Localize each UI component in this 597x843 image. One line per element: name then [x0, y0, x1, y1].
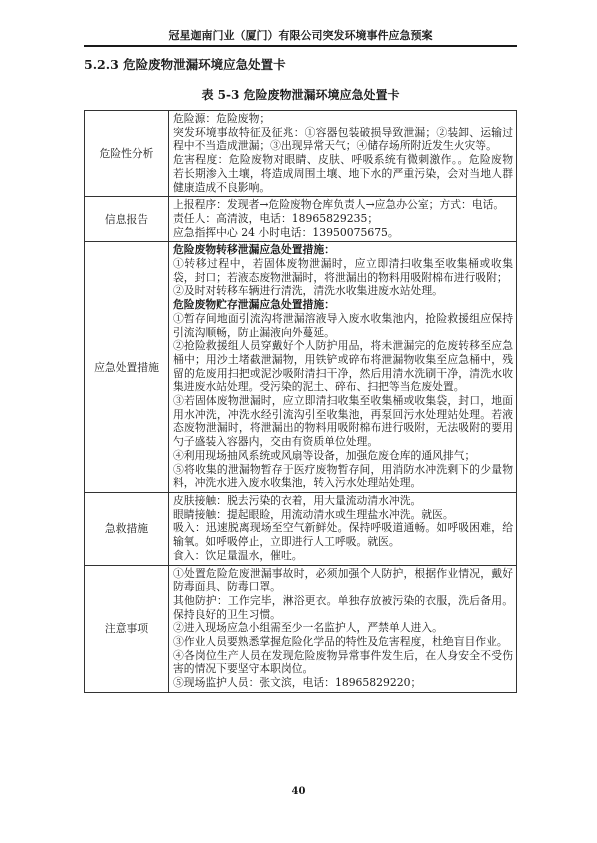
- emergency-card-table-body: 危险性分析危险源：危险废物；突发环境事故特征及征兆：①容器包装破损导致泄漏；②装…: [85, 111, 517, 693]
- paragraph: 危害程度：危险废物对眼睛、皮肤、呼吸系统有微刺激作。。危险废物若长期渗入土壤，将…: [173, 153, 513, 194]
- header-rule: [84, 45, 517, 47]
- table-row: 信息报告上报程序：发现者→危险废物仓库负责人→应急办公室；方式：电话。责任人：高…: [85, 197, 517, 242]
- paragraph: 危险废物贮存泄漏应急处置措施：: [173, 298, 513, 312]
- paragraph: ③作业人员要熟悉掌握危险化学品的特性及危害程度，杜绝盲目作业。: [173, 635, 513, 649]
- row-label: 信息报告: [85, 197, 169, 242]
- paragraph: 其他防护：工作完毕，淋浴更衣。单独存放被污染的衣服，洗后备用。保持良好的卫生习惯…: [173, 594, 513, 621]
- row-label: 应急处置措施: [85, 242, 169, 493]
- row-content: 危险废物转移泄漏应急处置措施：①转移过程中，若固体废物泄漏时，应立即清扫收集至收…: [169, 242, 517, 493]
- paragraph: 应急指挥中心 24 小时电话：13950075675。: [173, 226, 513, 240]
- paragraph: 危险源：危险废物；: [173, 112, 513, 126]
- paragraph: ①处置危险危废泄漏事故时，必须加强个人防护，根据作业情况，戴好防毒面具、防毒口罩…: [173, 567, 513, 594]
- document-page: 冠星迦南门业（厦门）有限公司突发环境事件应急预案 5.2.3 危险废物泄漏环境应…: [0, 0, 597, 843]
- paragraph: ①暂存间地面引流沟将泄漏溶液导入废水收集池内，抢险救援组应保持引流沟顺畅，防止漏…: [173, 312, 513, 339]
- paragraph: 眼睛接触：提起眼睑，用流动清水或生理盐水冲洗。就医。: [173, 508, 513, 522]
- paragraph: ⑤现场监护人员：张文滨，电话：18965829220；: [173, 676, 513, 690]
- paragraph: 食入：饮足量温水，催吐。: [173, 549, 513, 563]
- table-row: 应急处置措施危险废物转移泄漏应急处置措施：①转移过程中，若固体废物泄漏时，应立即…: [85, 242, 517, 493]
- table-row: 注意事项①处置危险危废泄漏事故时，必须加强个人防护，根据作业情况，戴好防毒面具、…: [85, 565, 517, 692]
- page-number: 40: [0, 786, 597, 797]
- paragraph: 吸入：迅速脱离现场至空气新鲜处。保持呼吸道通畅。如呼吸困难，给输氧。如呼吸停止，…: [173, 521, 513, 548]
- paragraph: ④各岗位生产人员在发现危险废物异常事件发生后，在人身安全不受伤害的情况下要坚守本…: [173, 649, 513, 676]
- paragraph: 危险废物转移泄漏应急处置措施：: [173, 243, 513, 257]
- row-content: 危险源：危险废物；突发环境事故特征及征兆：①容器包装破损导致泄漏；②装卸、运输过…: [169, 111, 517, 197]
- section-heading: 5.2.3 危险废物泄漏环境应急处置卡: [84, 55, 517, 73]
- paragraph: ②及时对转移车辆进行清洗，清洗水收集进废水站处理。: [173, 284, 513, 298]
- paragraph: ③若固体废物泄漏时，应立即清扫收集至收集桶或收集袋，封口，地面用水冲洗，冲洗水经…: [173, 394, 513, 449]
- paragraph: 上报程序：发现者→危险废物仓库负责人→应急办公室；方式：电话。: [173, 198, 513, 212]
- table-row: 急救措施皮肤接触：脱去污染的衣着，用大量流动清水冲洗。眼睛接触：提起眼睑，用流动…: [85, 492, 517, 565]
- row-content: ①处置危险危废泄漏事故时，必须加强个人防护，根据作业情况，戴好防毒面具、防毒口罩…: [169, 565, 517, 692]
- row-content: 皮肤接触：脱去污染的衣着，用大量流动清水冲洗。眼睛接触：提起眼睑，用流动清水或生…: [169, 492, 517, 565]
- row-label: 注意事项: [85, 565, 169, 692]
- row-label: 危险性分析: [85, 111, 169, 197]
- paragraph: ④利用现场抽风系统或风扇等设备，加强危废仓库的通风排气；: [173, 449, 513, 463]
- paragraph: 突发环境事故特征及征兆：①容器包装破损导致泄漏；②装卸、运输过程中不当造成泄漏；…: [173, 126, 513, 153]
- emergency-card-table: 危险性分析危险源：危险废物；突发环境事故特征及征兆：①容器包装破损导致泄漏；②装…: [84, 110, 517, 693]
- paragraph: ②抢险救援组人员穿戴好个人防护用品，将未泄漏完的危废转移至应急桶中；用沙土堵截泄…: [173, 339, 513, 394]
- paragraph: ⑤将收集的泄漏物暂存于医疗废物暂存间，用消防水冲洗剩下的少量物料，冲洗水进入废水…: [173, 463, 513, 490]
- paragraph: ②进入现场应急小组需至少一名监护人，严禁单人进入。: [173, 621, 513, 635]
- row-label: 急救措施: [85, 492, 169, 565]
- paragraph: 皮肤接触：脱去污染的衣着，用大量流动清水冲洗。: [173, 494, 513, 508]
- table-row: 危险性分析危险源：危险废物；突发环境事故特征及征兆：①容器包装破损导致泄漏；②装…: [85, 111, 517, 197]
- row-content: 上报程序：发现者→危险废物仓库负责人→应急办公室；方式：电话。责任人：高清波，电…: [169, 197, 517, 242]
- table-title: 表 5-3 危险废物泄漏环境应急处置卡: [84, 86, 517, 103]
- paragraph: ①转移过程中，若固体废物泄漏时，应立即清扫收集至收集桶或收集袋，封口；若液态废物…: [173, 257, 513, 284]
- paragraph: 责任人：高清波，电话：18965829235；: [173, 212, 513, 226]
- document-header: 冠星迦南门业（厦门）有限公司突发环境事件应急预案: [84, 27, 517, 43]
